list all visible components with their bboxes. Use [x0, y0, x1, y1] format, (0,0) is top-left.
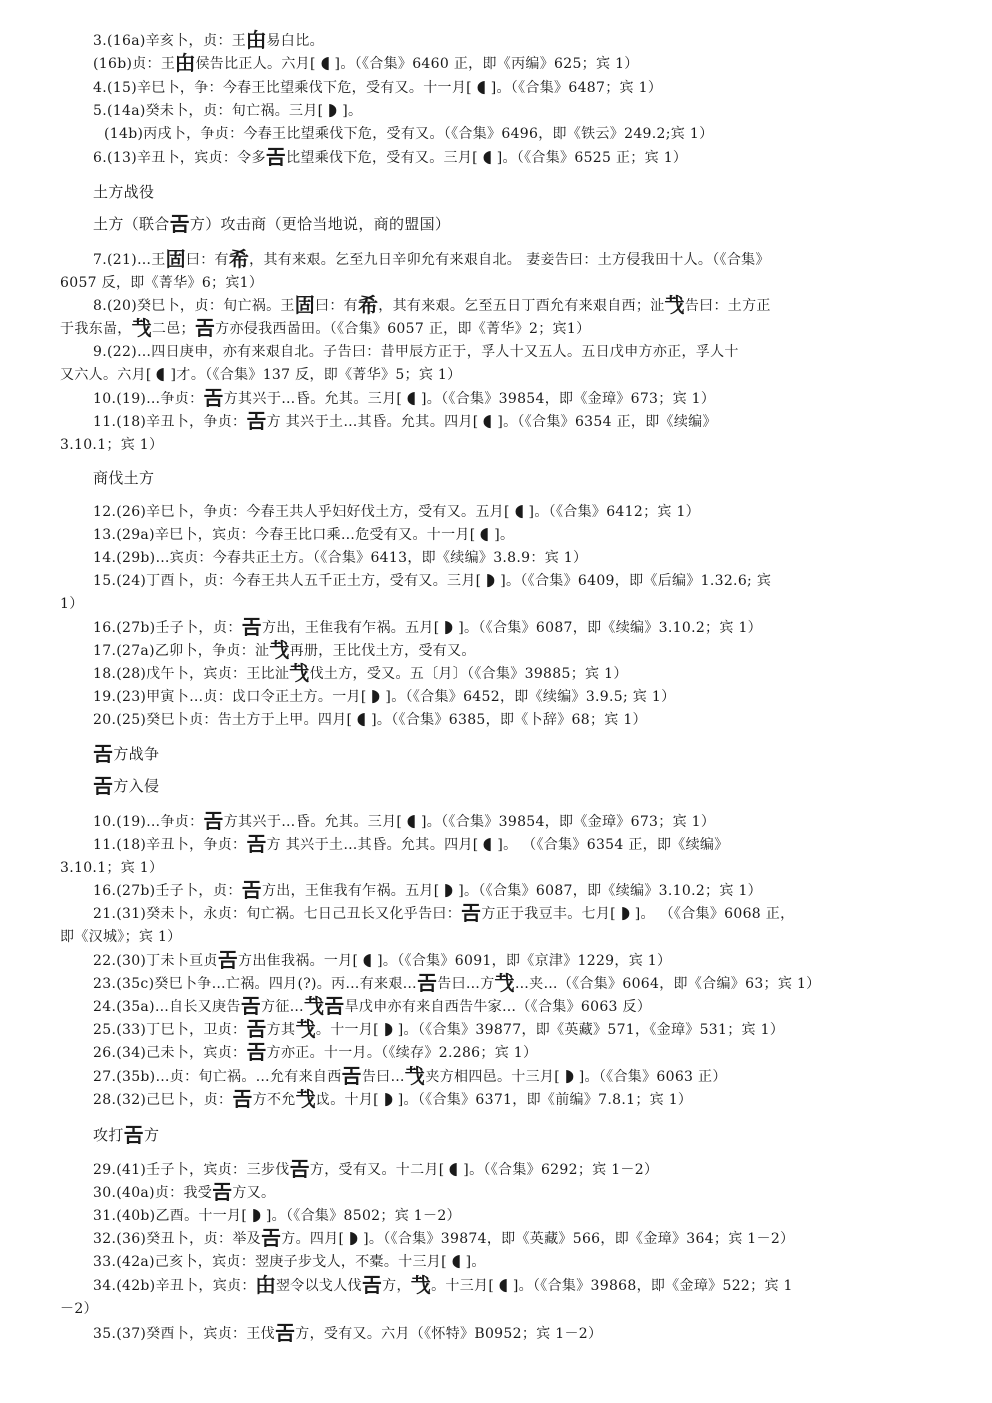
waxing-moon-icon: ◗ [383, 1092, 393, 1106]
oracle-glyph: 𢀛 [275, 1321, 295, 1345]
oracle-glyph: 𢀛 [195, 316, 215, 340]
inscription-line: 6057 反，即《菁华》6；宾1） [60, 274, 263, 292]
oracle-glyph: 𢀛 [242, 878, 262, 902]
inscription-line: 9.(22)…四日庚申，亦有来艰自北。子𡆥告曰：昔甲辰方正于𡆥，孚人十又五人。五… [93, 343, 739, 361]
oracle-glyph: 𢦏 [269, 638, 289, 662]
waning-moon-icon: ◖ [498, 1278, 508, 1292]
inscription-line: 7.(21)…王固曰：有希，其有来艰。乞至九日辛卯允有来艰自北。 𡆥妻妾告曰：土… [93, 251, 770, 269]
waning-moon-icon: ◖ [482, 150, 492, 164]
inscription-line: 16.(27b)壬子卜，𡆥贞：𢀛方出，王隹我有乍祸。五月[ ◗ ]。（《合集》6… [93, 882, 762, 900]
oracle-glyph: 𢦏 [296, 1017, 316, 1041]
inscription-line: 23.(35c)癸巳卜争…亡祸。四月(?)。丙…有来艰…𢀛告曰…方𢦏…夹…（《合… [93, 975, 820, 993]
oracle-glyph: 𢀛 [203, 386, 223, 410]
waning-moon-icon: ◖ [156, 367, 166, 381]
oracle-glyph: 𢦏 [495, 971, 515, 995]
inscription-line: 14.(29b)…宾贞：今春共正土方。（《合集》6413，即《续编》3.8.9：… [93, 549, 587, 567]
waxing-moon-icon: ◗ [371, 689, 381, 703]
waning-moon-icon: ◖ [476, 80, 486, 94]
oracle-glyph: 固 [166, 247, 186, 271]
oracle-glyph: 𢀛 [203, 809, 223, 833]
waning-moon-icon: ◖ [451, 1254, 461, 1268]
inscription-line: 34.(42b)辛丑卜，宾贞：甶翌令以戈人伐𢀛方，𢦏。十三月[ ◖ ]。（《合集… [93, 1277, 793, 1295]
oracle-glyph: 𢀛 [93, 774, 113, 798]
oracle-glyph: 𢀛 [241, 994, 261, 1018]
waning-moon-icon: ◖ [406, 391, 416, 405]
oracle-glyph: 𢀛 [242, 615, 262, 639]
inscription-line: 17.(27a)乙卯卜，争贞：沚𢦏再册，王比伐土方，受有又。 [93, 642, 476, 660]
inscription-line: －2） [60, 1300, 98, 1318]
inscription-line: 又六人。六月[ ◖ ]才𩫖。（《合集》137 反，即《菁华》5；宾 1） [60, 366, 461, 384]
inscription-line: 10.(19)…争贞：𢀛方其兴𡆥于…𩫖昏。允其𩫖。三月[ ◖ ]。（《合集》39… [93, 813, 715, 831]
oracle-glyph: 𢀛 [417, 971, 437, 995]
oracle-glyph: 𢀛 [461, 901, 481, 925]
inscription-line: 30.(40a)贞：我受𢀛方又。 [93, 1184, 275, 1202]
document-page: 3.(16a)辛亥卜，𡆥贞：王甶易白𡘥比。(16b)贞：王甶侯告比正人。六月[ … [0, 0, 992, 1403]
inscription-line: 28.(32)己巳卜，𡆥贞：𢀛方不允𢦏戉。十月[ ◗ ]。（《合集》6371，即… [93, 1091, 692, 1109]
oracle-glyph: 𢀛 [246, 832, 266, 856]
inscription-line: 3.(16a)辛亥卜，𡆥贞：王甶易白𡘥比。 [93, 32, 324, 50]
inscription-line: 4.(15)辛巳卜，争：今春王比望乘伐下危，受有又。十一月[ ◖ ]。（《合集》… [93, 79, 662, 97]
waxing-moon-icon: ◗ [444, 620, 454, 634]
waning-moon-icon: ◖ [357, 712, 367, 726]
inscription-line: 12.(26)辛巳卜，争贞：今春王共人乎妇好伐土方，受有又。五月[ ◖ ]。（《… [93, 503, 700, 521]
waxing-moon-icon: ◗ [486, 573, 496, 587]
inscription-line: (14b)丙戌卜，争贞：今春王比望乘伐下危，受有又。（《合集》6496，即《铁云… [104, 125, 713, 143]
inscription-line: (16b)贞：王甶侯告比正人。六月[ ◖ ]。（《合集》6460 正，即《丙编》… [93, 55, 639, 73]
oracle-glyph: 𢀛 [324, 994, 344, 1018]
inscription-line: 29.(41)壬子卜，宾贞：𡆥三步伐𢀛方，受有又。十二月[ ◖ ]。（《合集》6… [93, 1161, 658, 1179]
oracle-glyph: 𢦏 [289, 661, 309, 685]
inscription-line: 10.(19)…争贞：𢀛方其兴𡆥于…𩫖昏。允其𩫖。三月[ ◖ ]。（《合集》39… [93, 390, 715, 408]
oracle-glyph: 𢀛 [290, 1157, 310, 1181]
inscription-line: 20.(25)癸巳卜贞：告土方于上甲。四月[ ◖ ]。（《合集》6385，即《卜… [93, 711, 647, 729]
waning-moon-icon: ◖ [514, 504, 524, 518]
oracle-glyph: 𢀛 [342, 1064, 362, 1088]
inscription-line: 3.10.1；宾 1） [60, 859, 163, 877]
oracle-glyph: 甶 [175, 51, 195, 75]
section-heading: 𢀛方战争 [93, 745, 159, 763]
oracle-glyph: 𢀛 [246, 1040, 266, 1064]
waning-moon-icon: ◖ [480, 527, 490, 541]
inscription-line: 5.(14a)癸未卜，𡆥贞：旬亡祸。三月[ ◗ ]。 [93, 102, 362, 120]
oracle-glyph: 𢦏 [132, 316, 152, 340]
oracle-glyph: 希 [358, 293, 378, 317]
waxing-moon-icon: ◗ [444, 883, 454, 897]
oracle-glyph: 𢦏 [296, 1087, 316, 1111]
oracle-glyph: 甶 [256, 1273, 276, 1297]
inscription-line: 16.(27b)壬子卜，𡆥贞：𢀛方出，王隹我有乍祸。五月[ ◗ ]。（《合集》6… [93, 619, 762, 637]
inscription-line: 22.(30)丁未卜亘贞𢀛方出隹我祸。一月[ ◖ ]。（《合集》6091，即《京… [93, 952, 671, 970]
oracle-glyph: 𢀛 [261, 1226, 281, 1250]
oracle-glyph: 𢀛 [93, 742, 113, 766]
inscription-line: 13.(29a)辛巳卜，宾贞：今春王比口乘…危受有又。十一月[ ◖ ]。 [93, 526, 514, 544]
inscription-line: 31.(40b)乙酉。十一月[ ◗ ]。（《合集》8502；宾 1－2） [93, 1207, 461, 1225]
inscription-line: 8.(20)癸巳卜，𡆥贞：旬亡祸。王固曰：有希，其有来艰。乞至五日丁酉允有来艰自… [93, 297, 771, 315]
inscription-line: 11.(18)辛丑卜，争贞：𢀛方 其兴𡆥于土…其𩫖昏。允其𩫖。四月[ ◖ ]。（… [93, 413, 717, 431]
inscription-line: 32.(36)癸丑卜，𡆥贞：举及𢀛方。四月[ ◗ ]。（《合集》39874，即《… [93, 1230, 794, 1248]
waning-moon-icon: ◖ [483, 414, 493, 428]
oracle-glyph: 𢀛 [362, 1273, 382, 1297]
section-heading: 土方（联合𢀛方）攻击商（更恰当地说，商的盟国） [93, 215, 450, 233]
waxing-moon-icon: ◗ [349, 1231, 359, 1245]
section-heading: 攻打𢀛方 [93, 1126, 159, 1144]
section-heading: 商伐土方 [93, 469, 154, 487]
oracle-glyph: 𢀛 [124, 1123, 144, 1147]
oracle-glyph: 𢀛 [232, 1087, 252, 1111]
oracle-glyph: 𢦏 [304, 994, 324, 1018]
oracle-glyph: 𢦏 [665, 293, 685, 317]
inscription-line: 于我东啚，𢦏二邑；𢀛方亦侵我西啚田。（《合集》6057 正，即《菁华》2；宾1） [60, 320, 590, 338]
waning-moon-icon: ◖ [449, 1162, 459, 1176]
inscription-line: 11.(18)辛丑卜，争贞：𢀛方 其兴𡆥于土…其𩫖昏。允其𩫖。四月[ ◖ ]。 … [93, 836, 729, 854]
oracle-glyph: 𢀛 [212, 1180, 232, 1204]
oracle-glyph: 𢦏 [411, 1273, 431, 1297]
oracle-glyph: 𢀛 [246, 1017, 266, 1041]
oracle-glyph: 𢀛 [218, 948, 238, 972]
inscription-line: 即《汉城》；宾 1） [60, 928, 181, 946]
waning-moon-icon: ◖ [483, 837, 493, 851]
oracle-glyph: 𢦏 [405, 1064, 425, 1088]
inscription-line: 15.(24)丁酉卜，𡆥贞：今春王共人五千正土方，受有又。三月[ ◗ ]。（《合… [93, 572, 771, 590]
waxing-moon-icon: ◗ [328, 103, 338, 117]
inscription-line: 33.(42a)己亥卜，宾贞：翌庚子步戈人，不橐。十三月[ ◖ ]。 [93, 1253, 486, 1271]
inscription-line: 18.(28)戊午卜，宾贞：王比沚𢦏伐土方，受又。五〔月〕（《合集》39885；… [93, 665, 628, 683]
inscription-line: 1） [60, 595, 84, 613]
oracle-glyph: 固 [295, 293, 315, 317]
waxing-moon-icon: ◗ [383, 1022, 393, 1036]
section-heading: 𢀛方入侵 [93, 777, 159, 795]
waning-moon-icon: ◖ [320, 56, 330, 70]
inscription-line: 26.(34)己未卜，宾贞：𢀛方亦正。十一月。（《续存》2.286；宾 1） [93, 1044, 537, 1062]
section-heading: 土方战役 [93, 183, 154, 201]
waning-moon-icon: ◖ [363, 953, 373, 967]
oracle-glyph: 希 [229, 247, 249, 271]
inscription-line: 35.(37)癸酉卜，宾贞：王伐𢀛方，受有又。六月（《怀特》B0952；宾 1－… [93, 1325, 602, 1343]
oracle-glyph: 𢀛 [170, 212, 190, 236]
inscription-line: 25.(33)丁巳卜，卫贞：𢀛方其𩫖𢦏。十一月[ ◗ ]。（《合集》39877，… [93, 1021, 784, 1039]
inscription-line: 3.10.1；宾 1） [60, 436, 163, 454]
inscription-line: 6.(13)辛丑卜，宾贞：令多𢀛比望乘伐下危，受有又。三月[ ◖ ]。（《合集》… [93, 149, 687, 167]
oracle-glyph: 甶 [246, 28, 266, 52]
waxing-moon-icon: ◗ [620, 906, 630, 920]
waning-moon-icon: ◖ [406, 814, 416, 828]
inscription-line: 21.(31)癸未卜，永贞：旬亡祸。七日己丑长又化乎告曰：𢀛方正于我豆丰。七月[… [93, 905, 794, 923]
oracle-glyph: 𢀛 [266, 145, 286, 169]
oracle-glyph: 𢀛 [246, 409, 266, 433]
inscription-line: 27.(35b)…贞：旬亡祸。…允有来自西𢀛告曰…𢦏𡆥夹方相四邑。十三月[ ◗ … [93, 1068, 727, 1086]
waxing-moon-icon: ◗ [564, 1069, 574, 1083]
inscription-line: 24.(35a)…自长又庚告𢀛方征…𢦏𢀛旱戊申亦有来自西告牛家…（《合集》606… [93, 998, 651, 1016]
inscription-line: 19.(23)甲寅卜…贞：戉口令正土方。一月[ ◗ ]。（《合集》6452，即《… [93, 688, 675, 706]
waxing-moon-icon: ◗ [251, 1208, 261, 1222]
